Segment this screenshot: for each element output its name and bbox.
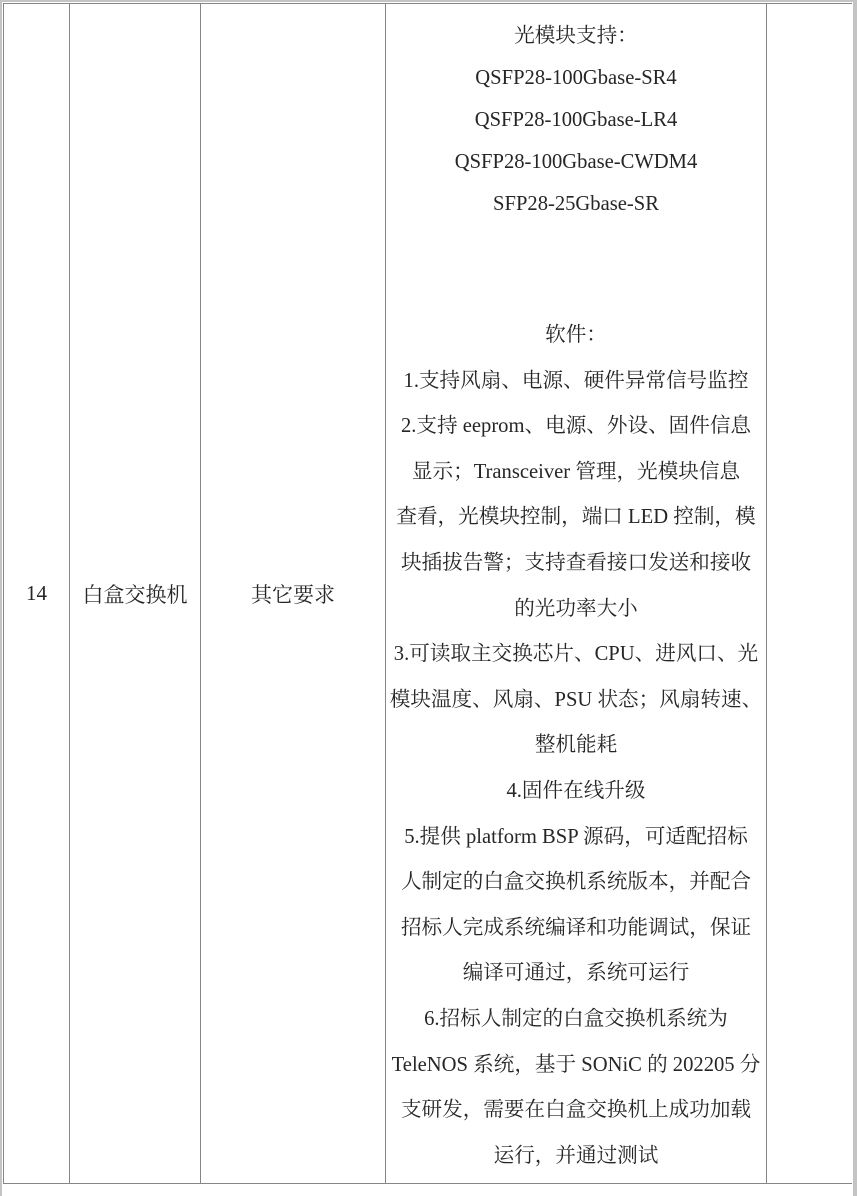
- cell-row-number: 14: [4, 4, 70, 1183]
- software-requirement-line: 运行，并通过测试: [386, 1134, 766, 1180]
- software-requirement-line: 3.可读取主交换芯片、CPU、进风口、光: [386, 632, 766, 678]
- software-requirement-line: 招标人完成系统编译和功能调试，保证: [386, 906, 766, 952]
- optical-module-line: QSFP28-100Gbase-LR4: [386, 99, 766, 141]
- software-requirement-list: 1.支持风扇、电源、硬件异常信号监控2.支持 eeprom、电源、外设、固件信息…: [386, 359, 766, 1180]
- document-page: 14 白盒交换机 其它要求 光模块支持： QSFP28-100Gbase-SR4…: [0, 0, 857, 1196]
- page-edge-right: [853, 0, 857, 1196]
- requirement-category: 其它要求: [251, 579, 335, 609]
- software-requirement-line: 的光功率大小: [386, 587, 766, 633]
- software-requirement-line: 2.支持 eeprom、电源、外设、固件信息: [386, 404, 766, 450]
- software-requirement-line: 支研发，需要在白盒交换机上成功加载: [386, 1088, 766, 1134]
- software-requirement-line: 模块温度、风扇、PSU 状态；风扇转速、: [386, 678, 766, 724]
- cell-device-name: 白盒交换机: [70, 4, 201, 1183]
- software-requirement-line: 整机能耗: [386, 723, 766, 769]
- optical-module-line: QSFP28-100Gbase-SR4: [386, 57, 766, 99]
- device-name: 白盒交换机: [83, 579, 188, 609]
- cell-requirement-category: 其它要求: [201, 4, 386, 1183]
- optical-module-list: QSFP28-100Gbase-SR4QSFP28-100Gbase-LR4QS…: [386, 57, 766, 225]
- software-requirement-line: 4.固件在线升级: [386, 769, 766, 815]
- cell-requirement-details: 光模块支持： QSFP28-100Gbase-SR4QSFP28-100Gbas…: [386, 4, 767, 1183]
- software-requirement-line: 编译可通过，系统可运行: [386, 951, 766, 997]
- row-number: 14: [26, 581, 47, 606]
- page-edge-left: [0, 0, 2, 1196]
- page-edge-top: [0, 0, 857, 2]
- spec-table: 14 白盒交换机 其它要求 光模块支持： QSFP28-100Gbase-SR4…: [3, 3, 852, 1184]
- cell-remarks: [767, 4, 852, 1183]
- optical-support-header: 光模块支持：: [386, 15, 766, 57]
- optical-module-line: SFP28-25Gbase-SR: [386, 183, 766, 225]
- blank-line-spacer: [386, 225, 766, 313]
- software-requirement-line: 显示；Transceiver 管理，光模块信息: [386, 450, 766, 496]
- software-requirement-line: 6.招标人制定的白盒交换机系统为: [386, 997, 766, 1043]
- software-requirement-line: 块插拔告警；支持查看接口发送和接收: [386, 541, 766, 587]
- software-header: 软件：: [386, 313, 766, 359]
- software-requirement-line: 1.支持风扇、电源、硬件异常信号监控: [386, 359, 766, 405]
- optical-module-line: QSFP28-100Gbase-CWDM4: [386, 141, 766, 183]
- software-requirement-line: 查看，光模块控制，端口 LED 控制，模: [386, 495, 766, 541]
- software-requirement-line: TeleNOS 系统，基于 SONiC 的 202205 分: [386, 1043, 766, 1089]
- software-requirement-line: 人制定的白盒交换机系统版本，并配合: [386, 860, 766, 906]
- software-requirement-line: 5.提供 platform BSP 源码，可适配招标: [386, 815, 766, 861]
